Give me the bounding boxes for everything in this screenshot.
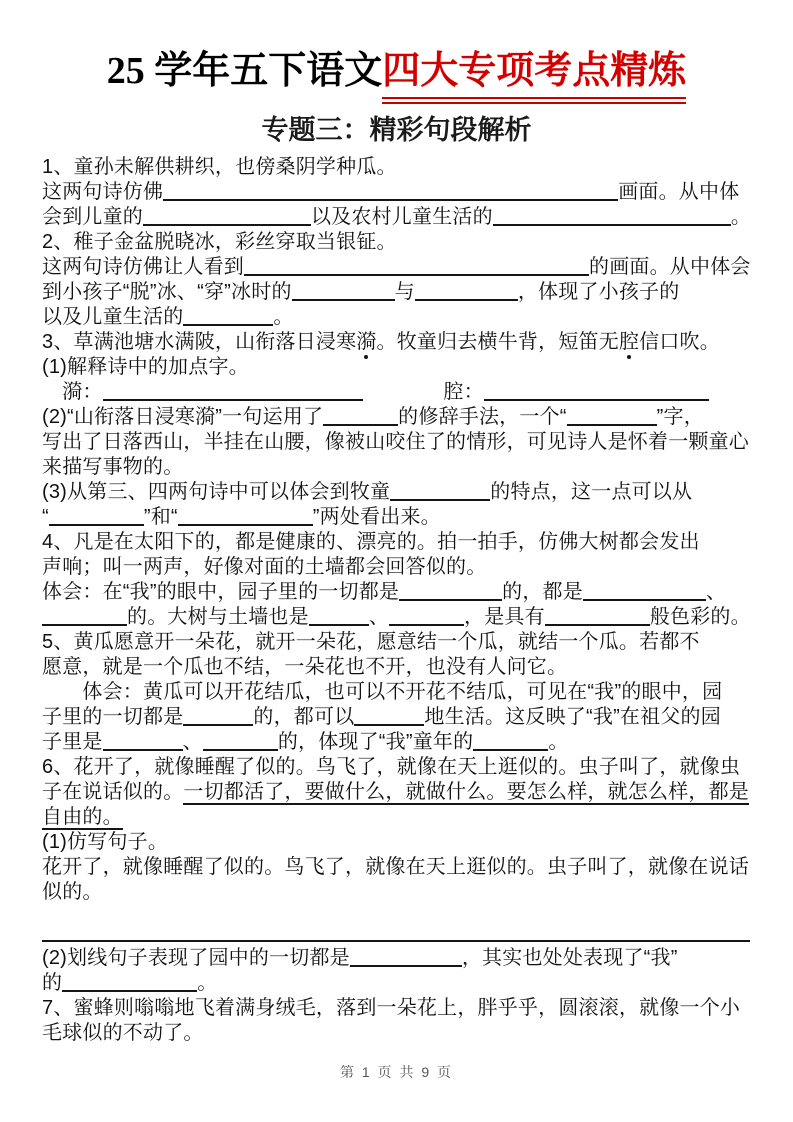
text-line: 3、草满池塘水满陂，山衔落日浸寒漪。牧童归去横牛背，短笛无腔信口吹。: [42, 330, 751, 355]
text-run: 的，体现了“我”童年的: [278, 731, 474, 753]
answer-blank: [183, 324, 273, 326]
text-line: 自由的。: [42, 805, 751, 830]
answer-blank: [390, 499, 490, 501]
text-line: 6、花开了，就像睡醒了似的。鸟飞了，就像在天上逛似的。虫子叫了，就像虫: [42, 755, 751, 780]
text-run: 声响；叫一两声，好像对面的土墙都会回答似的。: [42, 556, 486, 578]
text-run: 花开了，就像睡醒了似的。鸟飞了，就像在天上逛似的。虫子叫了，就像在说话: [42, 856, 749, 878]
text-run: 、: [706, 581, 726, 603]
text-run: 写出了日落西山，半挂在山腰，像被山咬住了的情形，可见诗人是怀着一颗童心: [42, 431, 749, 453]
answer-blank: [42, 940, 750, 942]
answer-blank: [163, 199, 618, 201]
text-run: 漪：: [42, 381, 103, 403]
text-run: 以及儿童生活的: [42, 306, 183, 328]
text-run: 地生活。这反映了“我”在祖父的园: [424, 706, 721, 728]
answer-blank: [415, 299, 518, 301]
worksheet-body: 1、童孙未解供耕织，也傍桑阴学种瓜。这两句诗仿佛画面。从中体会到儿童的以及农村儿…: [0, 155, 793, 1046]
answer-blank: [389, 624, 464, 626]
answer-blank: [583, 599, 706, 601]
text-run: 的，都是: [502, 581, 583, 603]
text-line: 写出了日落西山，半挂在山腰，像被山咬住了的情形，可见诗人是怀着一颗童心: [42, 430, 751, 455]
worksheet-page: 25 学年五下语文四大专项考点精炼 专题三：精彩句段解析 1、童孙未解供耕织，也…: [0, 0, 793, 1122]
text-run: 6、花开了，就像睡醒了似的。鸟飞了，就像在天上逛似的。虫子叫了，就像虫: [42, 756, 740, 778]
answer-blank: [323, 424, 398, 426]
text-run: 毛球似的不动了。: [42, 1022, 204, 1044]
text-run: 1、童孙未解供耕织，也傍桑阴学种瓜。: [42, 156, 397, 178]
underlined-text: 自由的。: [42, 806, 123, 830]
text-run: 愿意，就是一个瓜也不结，一朵花也不开，也没有人问它。: [42, 656, 567, 678]
text-line: “”和“”两处看出来。: [42, 505, 751, 530]
text-run: 来描写事物的。: [42, 456, 183, 478]
text-run: 会到儿童的: [42, 206, 143, 228]
text-run: ”字，: [657, 406, 704, 428]
text-run: ，其实也处处表现了“我”: [462, 947, 678, 969]
answer-blank: [545, 624, 650, 626]
text-line: 的。大树与土墙也是、，是具有般色彩的。: [42, 605, 751, 630]
text-run: 。: [548, 731, 568, 753]
text-line: 子在说话似的。一切都活了，要做什么，就做什么。要怎么样，就怎么样，都是: [42, 780, 751, 805]
text-line: (1)解释诗中的加点字。: [42, 355, 751, 380]
text-line: 体会：黄瓜可以开花结瓜，也可以不开花不结瓜，可见在“我”的眼中，园: [42, 680, 751, 705]
title-prefix: 25 学年五下语文: [107, 50, 383, 92]
text-run: 体会：黄瓜可以开花结瓜，也可以不开花不结瓜，可见在“我”的眼中，园: [42, 681, 722, 703]
text-line: (2)“山衔落日浸寒漪”一句运用了的修辞手法，一个“”字，: [42, 405, 751, 430]
text-line: 来描写事物的。: [42, 455, 751, 480]
text-line: 愿意，就是一个瓜也不结，一朵花也不开，也没有人问它。: [42, 655, 751, 680]
text-line: 毛球似的不动了。: [42, 1021, 751, 1046]
text-line: 以及儿童生活的。: [42, 305, 751, 330]
answer-blank: [62, 990, 197, 992]
text-line: 的。: [42, 971, 751, 996]
title-highlight: 四大专项考点精炼: [382, 48, 686, 104]
text-line: 体会：在“我”的眼中，园子里的一切都是的，都是、: [42, 580, 751, 605]
text-run: 的特点，这一点可以从: [490, 481, 692, 503]
text-run: 体会：在“我”的眼中，园子里的一切都是: [42, 581, 399, 603]
text-run: (2)划线句子表现了园中的一切都是: [42, 947, 350, 969]
text-line: 会到儿童的以及农村儿童生活的。: [42, 205, 751, 230]
text-line: 声响；叫一两声，好像对面的土墙都会回答似的。: [42, 555, 751, 580]
text-run: 子里是: [42, 731, 103, 753]
answer-blank: [103, 399, 363, 401]
text-line: 7、蜜蜂则嗡嗡地飞着满身绒毛，落到一朵花上，胖乎乎，圆滚滚，就像一个小: [42, 996, 751, 1021]
text-run: 。: [197, 972, 217, 994]
text-run: 5、黄瓜愿意开一朵花，就开一朵花，愿意结一个瓜，就结一个瓜。若都不: [42, 631, 700, 653]
section-subtitle: 专题三：精彩句段解析: [0, 108, 793, 147]
answer-blank: [203, 749, 278, 751]
text-run: 的画面。从中体会: [589, 256, 751, 278]
text-line: 漪： 腔：: [42, 380, 751, 405]
text-run: (1)仿写句子。: [42, 831, 168, 853]
text-run: 。牧童归去横牛背，短笛无: [377, 331, 619, 353]
text-run: 这两句诗仿佛: [42, 181, 163, 203]
text-run: ”两处看出来。: [313, 506, 441, 528]
text-run: (2)“山衔落日浸寒漪”一句运用了: [42, 406, 323, 428]
text-run: ”和“: [144, 506, 178, 528]
text-run: ，体现了小孩子的: [518, 281, 680, 303]
text-line: (2)划线句子表现了园中的一切都是，其实也处处表现了“我”: [42, 946, 751, 971]
text-line: 2、稚子金盆脱晓冰，彩丝穿取当银钲。: [42, 230, 751, 255]
answer-blank: [103, 749, 183, 751]
text-line: 到小孩子“脱”冰、“穿”冰时的与，体现了小孩子的: [42, 280, 751, 305]
text-run: 信口吹。: [639, 331, 720, 353]
answer-blank: [484, 399, 709, 401]
emphasized-char: 腔: [619, 330, 639, 355]
text-run: 般色彩的。: [650, 606, 751, 628]
text-run: 、: [183, 731, 203, 753]
text-line: 5、黄瓜愿意开一朵花，就开一朵花，愿意结一个瓜，就结一个瓜。若都不: [42, 630, 751, 655]
text-line: 子里的一切都是的，都可以地生活。这反映了“我”在祖父的园: [42, 705, 751, 730]
text-line: (1)仿写句子。: [42, 830, 751, 855]
answer-blank: [244, 274, 589, 276]
answer-blank: [143, 224, 311, 226]
text-line: [42, 921, 751, 946]
text-run: 。: [731, 206, 751, 228]
emphasized-char: 漪: [356, 330, 376, 355]
answer-blank: [183, 724, 253, 726]
text-run: 画面。从中体: [618, 181, 739, 203]
answer-blank: [292, 299, 395, 301]
text-run: 的，都可以: [253, 706, 354, 728]
text-run: (3)从第三、四两句诗中可以体会到牧童: [42, 481, 390, 503]
text-run: 以及农村儿童生活的: [311, 206, 493, 228]
text-run: ，是具有: [464, 606, 545, 628]
text-run: 似的。: [42, 881, 103, 903]
text-line: 4、凡是在太阳下的，都是健康的、漂亮的。拍一拍手，仿佛大树都会发出: [42, 530, 751, 555]
answer-blank: [567, 424, 657, 426]
text-run: 的修辞手法，一个“: [398, 406, 566, 428]
text-line: 这两句诗仿佛让人看到的画面。从中体会: [42, 255, 751, 280]
text-run: “: [42, 506, 49, 528]
text-run: 4、凡是在太阳下的，都是健康的、漂亮的。拍一拍手，仿佛大树都会发出: [42, 531, 700, 553]
text-line: 花开了，就像睡醒了似的。鸟飞了，就像在天上逛似的。虫子叫了，就像在说话: [42, 855, 751, 880]
text-run: (1)解释诗中的加点字。: [42, 356, 249, 378]
text-run: 与: [395, 281, 415, 303]
text-run: 腔：: [363, 381, 484, 403]
answer-blank: [473, 749, 548, 751]
answer-blank: [350, 965, 462, 967]
text-run: 这两句诗仿佛让人看到: [42, 256, 244, 278]
text-run: 到小孩子“脱”冰、“穿”冰时的: [42, 281, 292, 303]
answer-blank: [309, 624, 369, 626]
text-line: 这两句诗仿佛画面。从中体: [42, 180, 751, 205]
text-line: 1、童孙未解供耕织，也傍桑阴学种瓜。: [42, 155, 751, 180]
underlined-text: 一切都活了，要做什么，就做什么。要怎么样，就怎么样，都是: [183, 781, 749, 805]
page-footer: 第 1 页 共 9 页: [0, 1062, 793, 1082]
answer-blank: [354, 724, 424, 726]
spacer-line: [42, 905, 751, 921]
text-run: 2、稚子金盆脱晓冰，彩丝穿取当银钲。: [42, 231, 397, 253]
answer-blank: [493, 224, 731, 226]
text-line: (3)从第三、四两句诗中可以体会到牧童的特点，这一点可以从: [42, 480, 751, 505]
text-run: 。: [273, 306, 293, 328]
text-run: 、: [369, 606, 389, 628]
text-run: 子里的一切都是: [42, 706, 183, 728]
text-run: 3、草满池塘水满陂，山衔落日浸寒: [42, 331, 356, 353]
answer-blank: [42, 624, 127, 626]
text-line: 子里是、的，体现了“我”童年的。: [42, 730, 751, 755]
answer-blank: [178, 524, 313, 526]
text-line: 似的。: [42, 880, 751, 905]
page-title: 25 学年五下语文四大专项考点精炼: [0, 0, 793, 104]
text-run: 的。大树与土墙也是: [127, 606, 309, 628]
answer-blank: [399, 599, 502, 601]
text-run: 子在说话似的。: [42, 781, 183, 803]
text-run: 的: [42, 972, 62, 994]
text-run: 7、蜜蜂则嗡嗡地飞着满身绒毛，落到一朵花上，胖乎乎，圆滚滚，就像一个小: [42, 997, 740, 1019]
answer-blank: [49, 524, 144, 526]
